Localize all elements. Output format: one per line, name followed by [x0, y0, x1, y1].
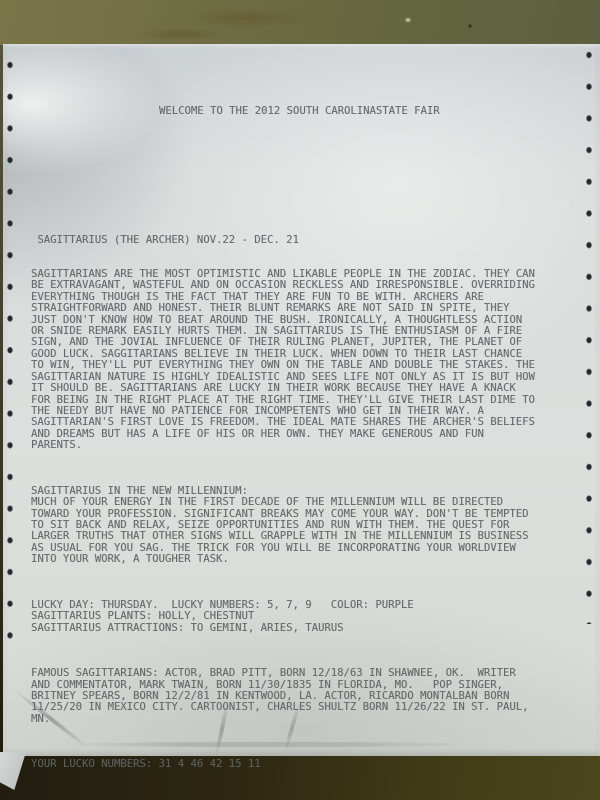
page-title: WELCOME TO THE 2012 SOUTH CAROLINASTATE …: [159, 106, 440, 117]
paragraph-description: SAGITTARIANS ARE THE MOST OPTIMISTIC AND…: [31, 269, 576, 452]
paragraph-millennium: SAGITTARIUS IN THE NEW MILLENNIUM: MUCH …: [31, 486, 576, 566]
tractor-feed-holes-right: [581, 39, 597, 624]
photo-of-printout: WELCOME TO THE 2012 SOUTH CAROLINASTATE …: [0, 0, 600, 800]
paragraph-lucky-facts: LUCKY DAY: THURSDAY. LUCKY NUMBERS: 5, 7…: [31, 600, 576, 634]
paragraph-famous-sagittarians: FAMOUS SAGITTARIANS: ACTOR, BRAD PITT, B…: [31, 668, 576, 725]
table-surface-top: [0, 0, 600, 46]
printout-text-block: SAGITTARIUS (THE ARCHER) NOV.22 - DEC. 2…: [31, 212, 576, 794]
tractor-feed-holes-left: [2, 49, 18, 661]
sign-heading: SAGITTARIUS (THE ARCHER) NOV.22 - DEC. 2…: [31, 235, 576, 246]
lucko-numbers-line: YOUR LUCKO NUMBERS: 31 4 46 42 15 11: [31, 759, 576, 770]
